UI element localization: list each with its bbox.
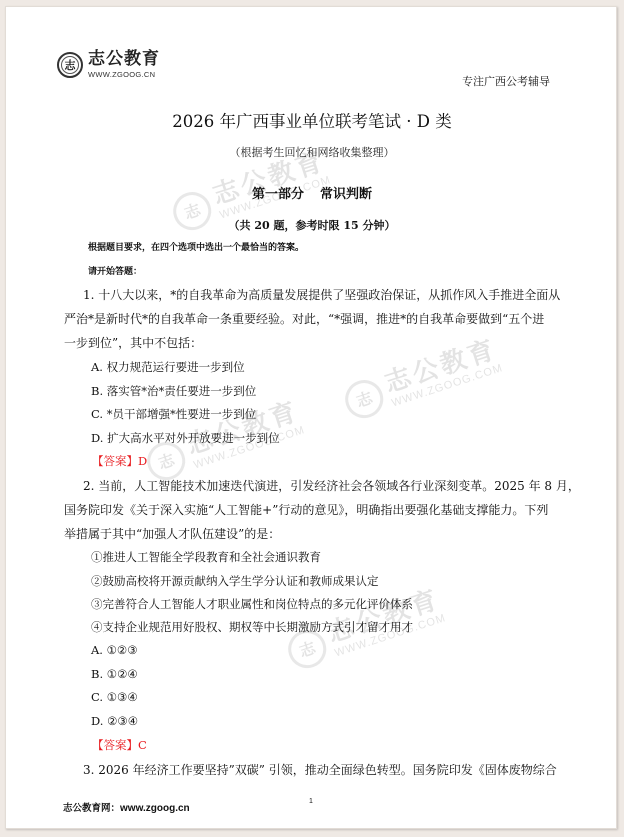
answer-value: D <box>138 454 147 468</box>
question-1-option-a: A. 权力规范运行要进一步到位 <box>91 359 245 375</box>
question-2-statement-2: ②鼓励高校将开源贡献纳入学生学分认证和教师成果认定 <box>91 573 379 589</box>
question-1-answer: 【答案】D <box>92 453 147 469</box>
question-2-statement-3: ③完善符合人工智能人才职业属性和岗位特点的多元化评价体系 <box>91 596 413 612</box>
question-1-line-1: 1. 十八大以来，*的自我革命为高质量发展提供了坚强政治保证，从抓作风入手推进全… <box>83 286 560 303</box>
question-2-option-c: C. ①③④ <box>91 690 138 704</box>
brand-logo: 志 志公教育 WWW.ZGOOG.CN <box>57 51 160 79</box>
footer-site-link[interactable]: www.zgoog.cn <box>120 803 190 814</box>
section-info: （共 20 题，参考时限 15 分钟） <box>6 217 617 233</box>
question-1-option-c: C. *员干部增强*性要进一步到位 <box>91 406 256 422</box>
question-1-option-d: D. 扩大高水平对外开放要进一步到位 <box>91 430 280 446</box>
section-part: 第一部分 <box>252 187 304 202</box>
question-2-statement-1: ①推进人工智能全学段教育和全社会通识教育 <box>91 549 321 565</box>
footer-site: 志公教育网：www.zgoog.cn <box>63 800 190 814</box>
answer-label: 【答案】 <box>92 454 138 468</box>
watermark-logo-icon: 志 <box>340 375 388 423</box>
document-title: 2026 年广西事业单位联考笔试 · D 类 <box>6 108 617 132</box>
question-1-option-b: B. 落实管*治*责任要进一步到位 <box>91 383 256 399</box>
footer-site-label: 志公教育网： <box>63 803 120 814</box>
section-heading: 第一部分常识判断 <box>6 183 617 202</box>
question-1-line-3: 一步到位”，其中不包括： <box>64 334 202 351</box>
document-page: 志 志公教育WWW.ZGOOG.COM 志 志公教育WWW.ZGOOG.COM … <box>5 6 617 829</box>
question-1-line-2: 严治*是新时代*的自我革命一条重要经验。对此，“*强调，推进*的自我革命要做到“… <box>64 310 544 327</box>
question-2-statement-4: ④支持企业规范用好股权、期权等中长期激励方式引才留才用才 <box>91 619 413 635</box>
question-2-line-2: 国务院印发《关于深入实施“人工智能+”行动的意见》，明确指出要强化基础支撑能力。… <box>64 501 548 518</box>
instruction-text: 根据题目要求，在四个选项中选出一个最恰当的答案。 <box>88 240 304 253</box>
brand-url: WWW.ZGOOG.CN <box>88 71 160 79</box>
page-number: 1 <box>309 798 313 805</box>
answer-value: C <box>138 738 147 752</box>
document-subtitle: （根据考生回忆和网络收集整理） <box>6 144 617 160</box>
question-2-line-1: 2. 当前，人工智能技术加速迭代演进，引发经济社会各领域各行业深刻变革。2025… <box>83 477 580 494</box>
answer-label: 【答案】 <box>92 738 138 752</box>
header-tagline: 专注广西公考辅导 <box>462 73 550 89</box>
section-name: 常识判断 <box>320 187 372 202</box>
question-2-line-3: 举措属于其中“加强人才队伍建设”的是： <box>64 525 280 542</box>
brand-name: 志公教育 <box>88 51 160 68</box>
question-2-answer: 【答案】C <box>92 737 147 753</box>
logo-emblem-icon: 志 <box>57 52 83 78</box>
question-2-option-d: D. ②③④ <box>91 714 138 728</box>
watermark: 志 志公教育WWW.ZGOOG.COM <box>340 336 504 423</box>
start-prompt: 请开始答题： <box>88 264 142 277</box>
question-2-option-a: A. ①②③ <box>91 643 138 657</box>
question-3-line-1: 3. 2026 年经济工作要坚持”双碳” 引领，推动全面绿色转型。国务院印发《固… <box>83 761 557 778</box>
question-2-option-b: B. ①②④ <box>91 667 138 681</box>
